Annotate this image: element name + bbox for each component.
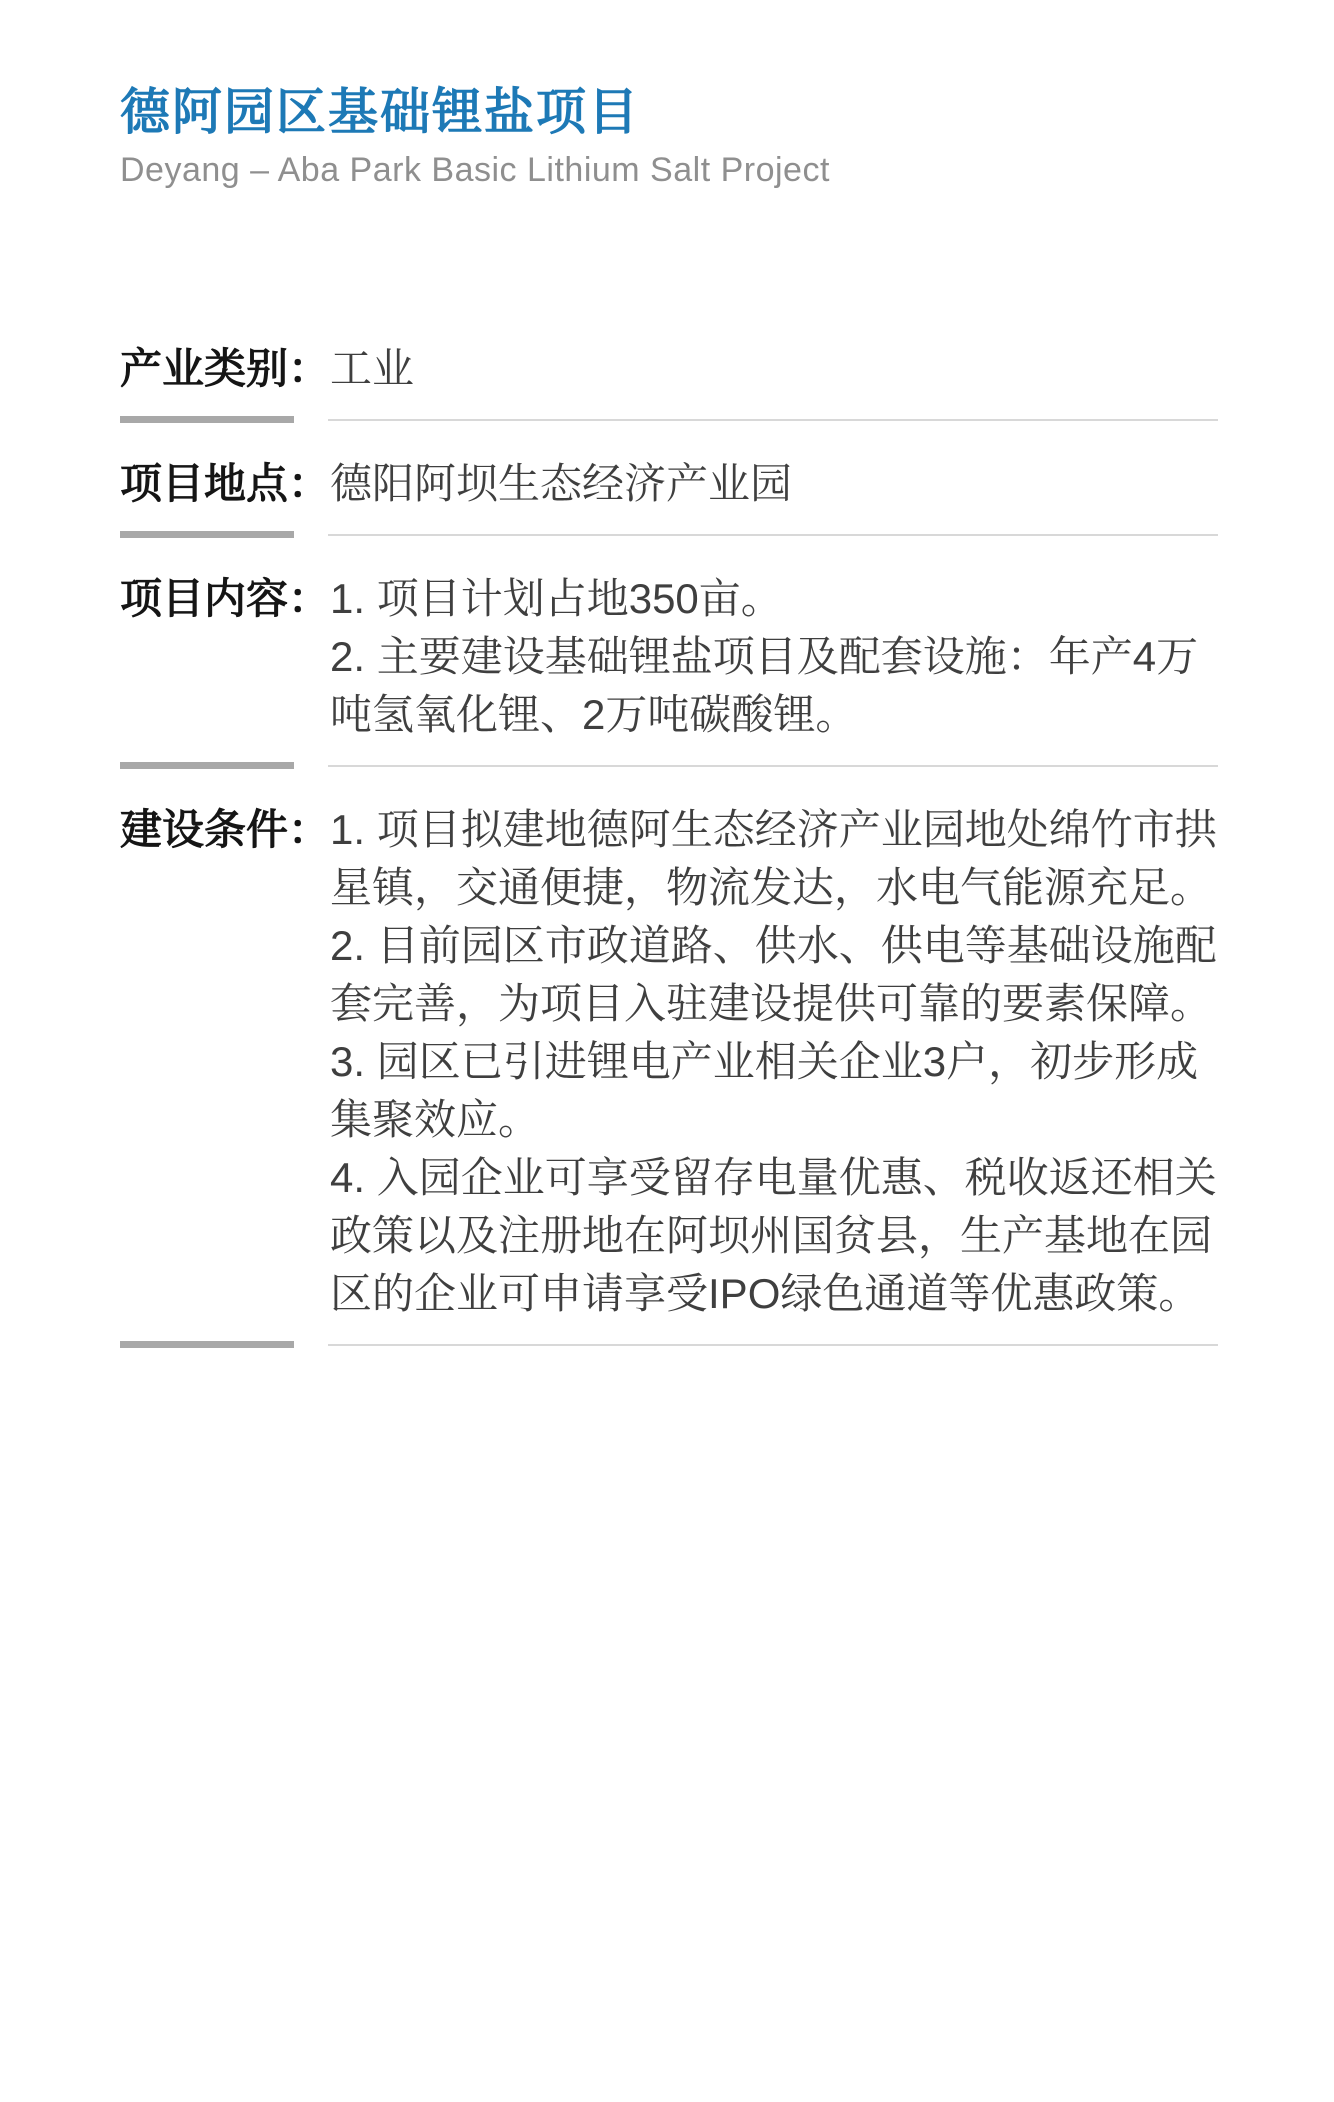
document-page: 德阿园区基础锂盐项目 Deyang – Aba Park Basic Lithi… <box>0 0 1334 2102</box>
content-paragraph: 2. 主要建设基础锂盐项目及配套设施：年产4万吨氢氧化锂、2万吨碳酸锂。 <box>330 628 1218 744</box>
divider <box>120 416 1218 423</box>
page-title: 德阿园区基础锂盐项目 <box>120 84 1218 140</box>
info-table: 产业类别： 工业 项目地点： 德阳阿坝生态经济产业园 项目内容： 1. 项目计划… <box>120 308 1218 1348</box>
content-paragraph: 3. 园区已引进锂电产业相关企业3户，初步形成集聚效应。 <box>330 1033 1218 1149</box>
info-row: 项目地点： 德阳阿坝生态经济产业园 <box>120 423 1218 531</box>
row-content: 1. 项目拟建地德阿生态经济产业园地处绵竹市拱星镇，交通便捷，物流发达，水电气能… <box>330 801 1218 1323</box>
divider-thick-segment <box>120 762 294 769</box>
divider <box>120 531 1218 538</box>
info-row: 建设条件： 1. 项目拟建地德阿生态经济产业园地处绵竹市拱星镇，交通便捷，物流发… <box>120 769 1218 1341</box>
info-row: 项目内容： 1. 项目计划占地350亩。2. 主要建设基础锂盐项目及配套设施：年… <box>120 538 1218 762</box>
row-label: 产业类别： <box>120 340 330 398</box>
divider <box>120 1341 1218 1348</box>
row-content: 工业 <box>330 340 1218 398</box>
divider-thick-segment <box>120 531 294 538</box>
row-content: 德阳阿坝生态经济产业园 <box>330 455 1218 513</box>
row-content: 1. 项目计划占地350亩。2. 主要建设基础锂盐项目及配套设施：年产4万吨氢氧… <box>330 570 1218 744</box>
content-paragraph: 1. 项目拟建地德阿生态经济产业园地处绵竹市拱星镇，交通便捷，物流发达，水电气能… <box>330 801 1218 917</box>
content-paragraph: 工业 <box>330 340 1218 398</box>
row-label: 项目内容： <box>120 570 330 628</box>
info-row: 产业类别： 工业 <box>120 308 1218 416</box>
divider-thin-line <box>328 765 1218 767</box>
divider-thin-line <box>328 1344 1218 1346</box>
row-label: 项目地点： <box>120 455 330 513</box>
divider <box>120 762 1218 769</box>
content-paragraph: 4. 入园企业可享受留存电量优惠、税收返还相关政策以及注册地在阿坝州国贫县，生产… <box>330 1149 1218 1323</box>
divider-thin-line <box>328 419 1218 421</box>
row-label: 建设条件： <box>120 801 330 859</box>
content-paragraph: 2. 目前园区市政道路、供水、供电等基础设施配套完善，为项目入驻建设提供可靠的要… <box>330 917 1218 1033</box>
content-paragraph: 德阳阿坝生态经济产业园 <box>330 455 1218 513</box>
divider-thick-segment <box>120 1341 294 1348</box>
divider-thick-segment <box>120 416 294 423</box>
page-subtitle: Deyang – Aba Park Basic Lithium Salt Pro… <box>120 150 1218 190</box>
divider-thin-line <box>328 534 1218 536</box>
content-paragraph: 1. 项目计划占地350亩。 <box>330 570 1218 628</box>
